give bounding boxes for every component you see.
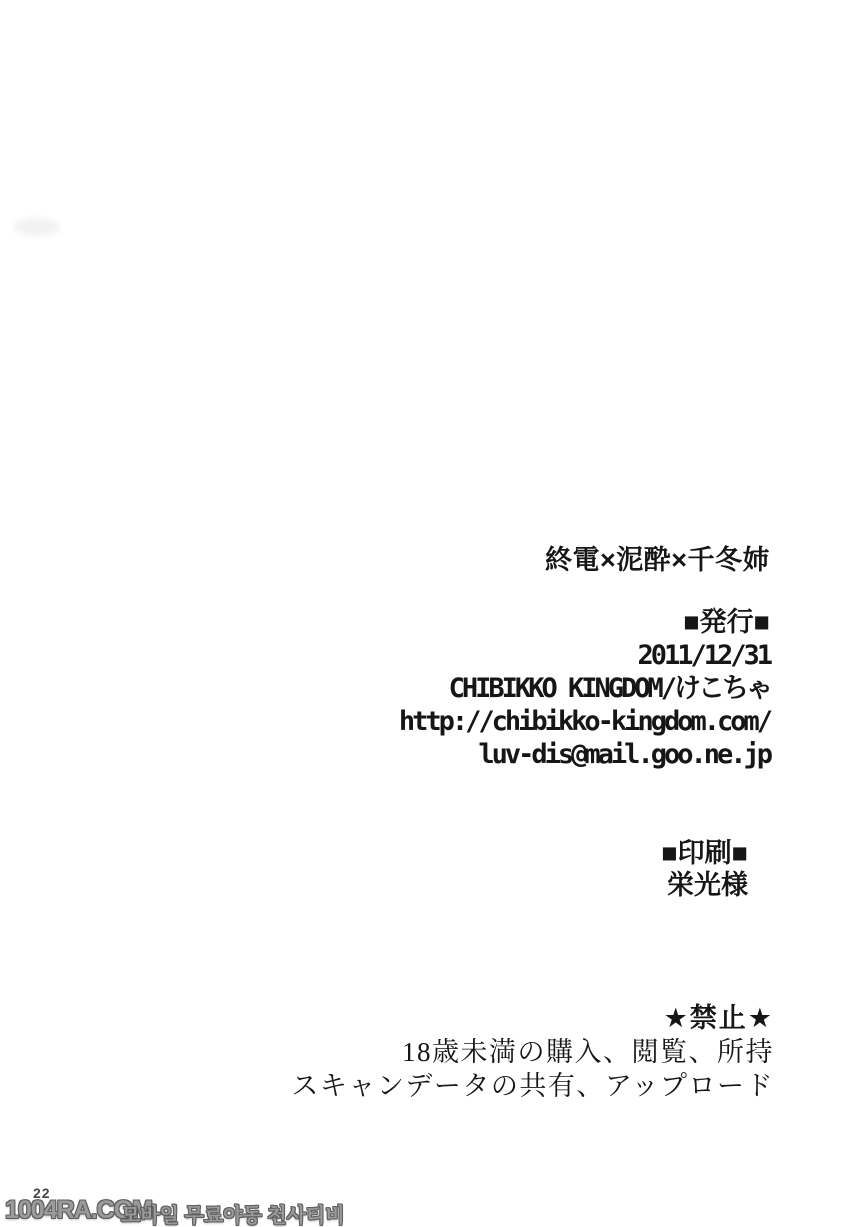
watermark-tagline: 모바일 무료야동 천사티비 [121, 1199, 345, 1227]
printing-section: ■印刷■ 栄光様 [661, 837, 748, 901]
scanned-page: 終電×泥酔×千冬姉 ■発行■ 2011/12/31 CHIBIKKO KINGD… [0, 0, 860, 1227]
prohibition-rule-1: 18歳未満の購入、閲覧、所持 [291, 1035, 774, 1069]
prohibition-rule-2: スキャンデータの共有、アップロード [291, 1069, 774, 1103]
prohibition-heading: ★禁止★ [291, 1001, 774, 1035]
printing-heading: ■印刷■ [661, 837, 748, 869]
page-title: 終電×泥酔×千冬姉 [545, 538, 770, 577]
email-address: luv-dis@mail.goo.ne.jp [399, 738, 770, 771]
circle-name: CHIBIKKO KINGDOM/けこちゃ [399, 672, 770, 705]
publication-section: ■発行■ 2011/12/31 CHIBIKKO KINGDOM/けこちゃ ht… [399, 606, 770, 771]
publication-date: 2011/12/31 [399, 639, 770, 672]
printer-name: 栄光様 [661, 869, 748, 901]
scan-artifact-smudge [14, 218, 60, 236]
prohibition-section: ★禁止★ 18歳未満の購入、閲覧、所持 スキャンデータの共有、アップロード [291, 1001, 774, 1103]
publication-heading: ■発行■ [399, 606, 770, 639]
website-url: http://chibikko-kingdom.com/ [399, 705, 770, 738]
